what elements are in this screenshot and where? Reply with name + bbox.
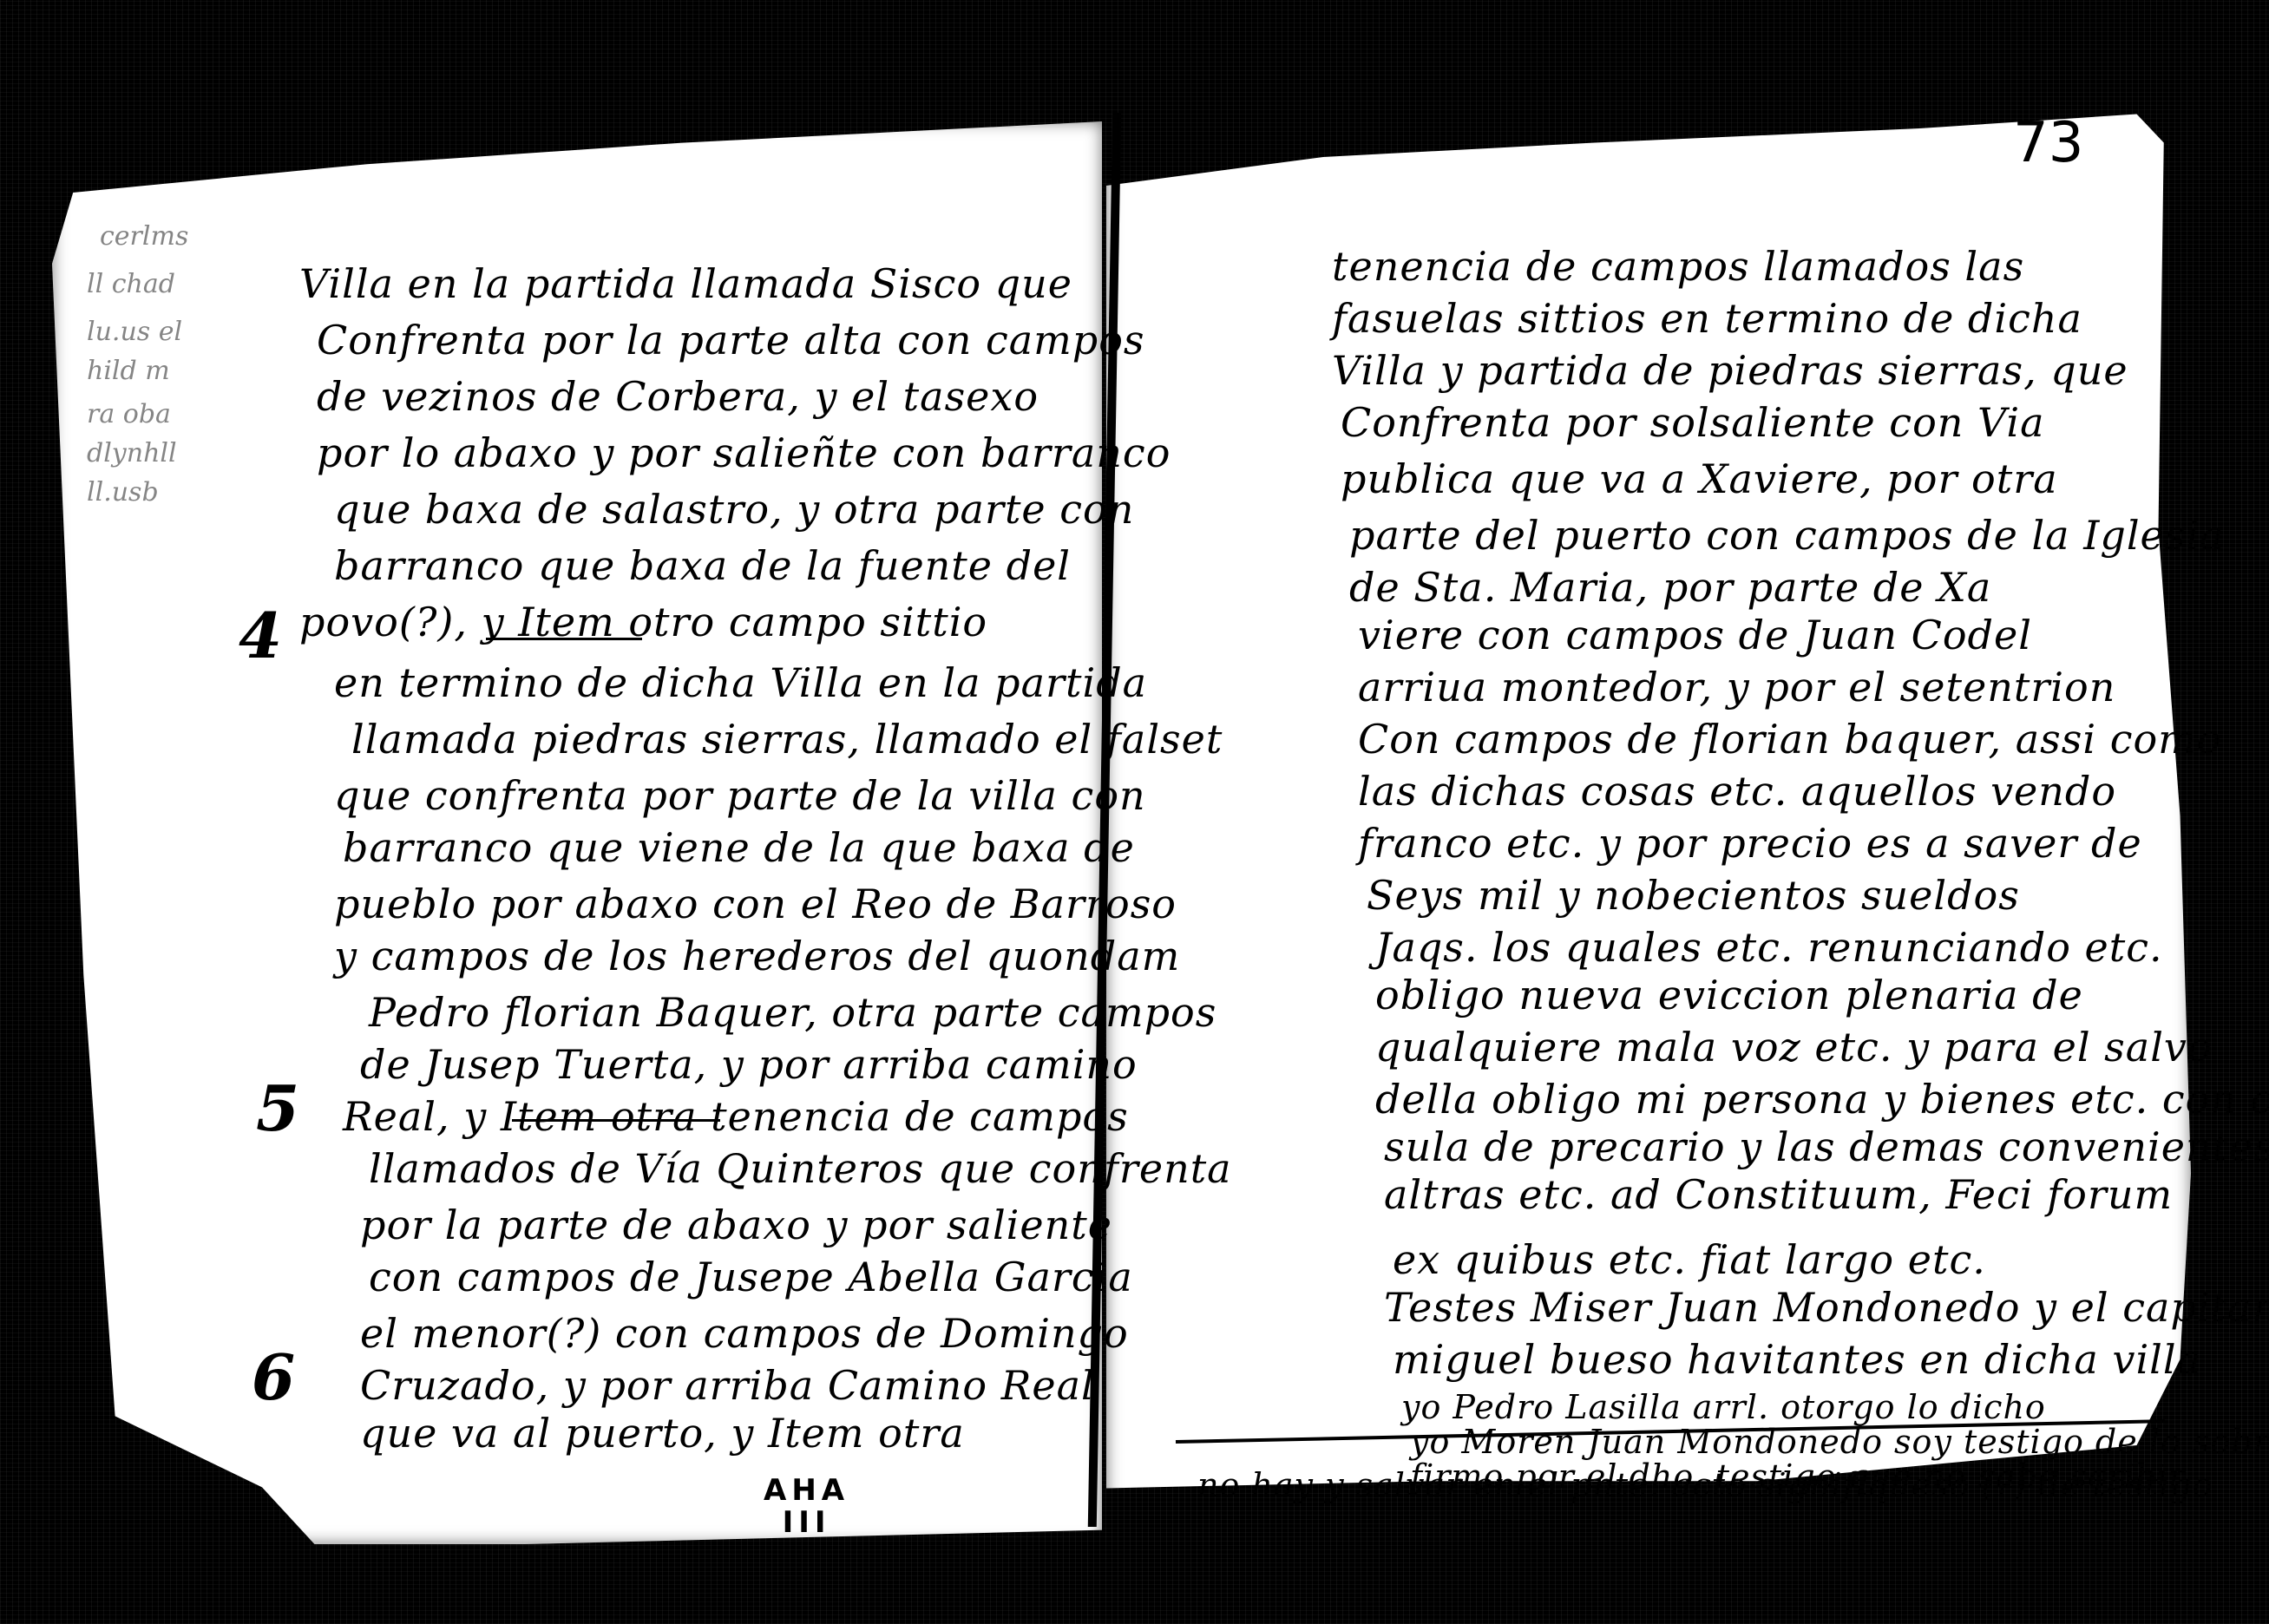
stamp-line: III: [764, 1507, 849, 1539]
text-line: viere con campos de Juan Codel: [1358, 612, 2032, 658]
margin-item-number: 5: [256, 1071, 299, 1145]
text-line: Jaqs. los quales etc. renunciando etc.: [1375, 924, 2163, 971]
underline: [512, 1119, 720, 1122]
text-line: pueblo por abaxo con el Reo de Barroso: [334, 881, 1177, 927]
text-line: que confrenta por parte de la villa con: [334, 772, 1146, 819]
text-line: llamada piedras sierras, llamado el fals…: [351, 716, 1223, 763]
text-line: y campos de los herederos del quondam: [334, 933, 1180, 979]
text-line: tenencia de campos llamados las: [1332, 243, 2024, 290]
text-line: Villa en la partida llamada Sisco que: [299, 260, 1072, 307]
text-line: el menor(?) con campos de Domingo: [360, 1310, 1129, 1357]
text-line: Seys mil y nobecientos sueldos: [1367, 872, 2020, 919]
bleed-text: ll.usb: [87, 477, 159, 507]
text-line: ex quibus etc. fiat largo etc.: [1393, 1236, 1986, 1283]
text-line: sula de precario y las demas conveniente…: [1384, 1123, 2269, 1170]
margin-item-number: 4: [239, 599, 282, 672]
text-line: en termino de dicha Villa en la partida: [334, 659, 1147, 706]
text-line: barranco que viene de la que baxa de: [343, 824, 1135, 871]
text-line: Con campos de florian baquer, assi como: [1358, 716, 2222, 763]
text-line: Confrenta por la parte alta con campos: [317, 317, 1145, 363]
text-line: yo Pedro Lasilla arrl. otorgo lo dicho: [1401, 1388, 2046, 1426]
text-line: publica que va a Xaviere, por otra: [1341, 455, 2058, 502]
bleed-text: ll chad: [87, 269, 175, 299]
text-line: con campos de Jusepe Abella Garcia: [369, 1254, 1133, 1300]
text-line: altras etc. ad Constituum, Feci forum: [1384, 1171, 2173, 1218]
bleed-text: lu.us el: [87, 317, 182, 347]
text-line: povo(?), y Item otro campo sittio: [299, 599, 987, 645]
text-line: barranco que baxa de la fuente del: [334, 542, 1071, 589]
text-line: franco etc. y por precio es a saver de: [1358, 820, 2142, 867]
text-line: llamados de Vía Quinteros que confrenta: [369, 1145, 1232, 1192]
text-line: Villa y partida de piedras sierras, que: [1332, 347, 2128, 394]
text-line: por la parte de abaxo y por saliente: [360, 1202, 1112, 1248]
text-line: de Jusep Tuerta, y por arriba camino: [360, 1041, 1138, 1088]
text-line: de vezinos de Corbera, y el tasexo: [317, 373, 1039, 420]
archive-stamp: AHA III: [764, 1475, 849, 1540]
text-line: que baxa de salastro, y otra parte con: [334, 486, 1134, 533]
text-line: las dichas cosas etc. aquellos vendo: [1358, 768, 2116, 815]
text-line: Cruzado, y por arriba Camino Real: [360, 1362, 1095, 1409]
bleed-text: hild m: [87, 356, 170, 386]
text-line: por lo abaxo y por salieñte con barranco: [317, 429, 1171, 476]
folio-number: 73: [2013, 111, 2083, 175]
margin-item-number: 6: [252, 1340, 295, 1414]
bleed-text: ra oba: [87, 399, 171, 429]
text-line: Confrenta por solsaliente con Via: [1341, 399, 2045, 446]
text-line: Real, y Item otra tenencia de campos: [343, 1093, 1129, 1140]
text-line: que va al puerto, y Item otra: [360, 1410, 965, 1457]
text-line: qualquiere mala voz etc. y para el salvo: [1375, 1024, 2213, 1071]
underline: [486, 638, 642, 640]
text-line: de Sta. Maria, por parte de Xa: [1349, 564, 1991, 611]
bleed-text: cerlms: [100, 221, 188, 252]
text-line: Testes Miser Juan Mondonedo y el capitan: [1384, 1284, 2269, 1331]
text-line: parte del puerto con campos de la Iglesi…: [1349, 512, 2225, 559]
text-line: della obligo mi persona y bienes etc. co…: [1375, 1076, 2269, 1123]
text-line: Pedro florian Baquer, otra parte campos: [369, 989, 1216, 1036]
bleed-text: dlynhll: [87, 438, 177, 468]
text-line: miguel bueso havitantes en dicha villa: [1393, 1336, 2201, 1383]
below-rule-note: no hay y salvar en el pnte. acto signifi…: [1197, 1466, 2213, 1504]
text-line: obligo nueva eviccion plenaria de: [1375, 972, 2083, 1018]
text-line: arriua montedor, y por el setentrion: [1358, 664, 2115, 710]
stamp-line: AHA: [764, 1475, 849, 1507]
text-line: fasuelas sittios en termino de dicha: [1332, 295, 2082, 342]
